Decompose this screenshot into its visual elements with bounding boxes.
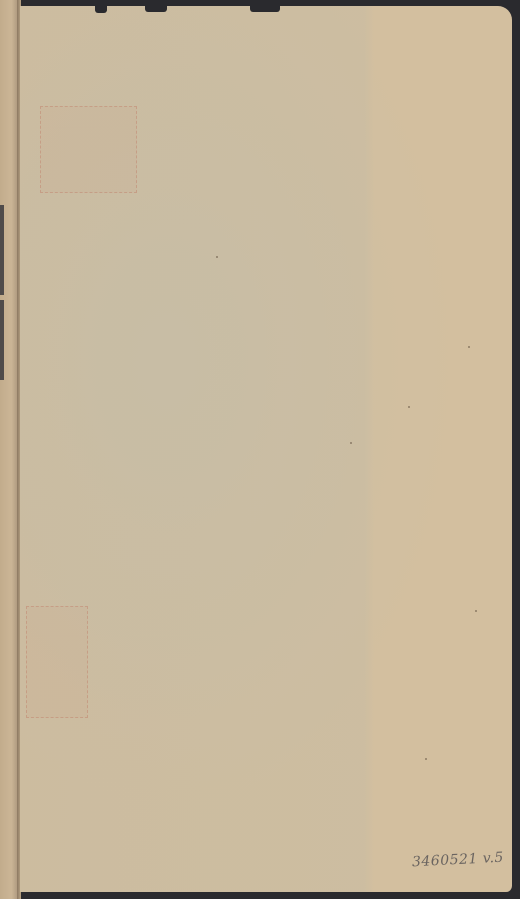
torn-edge xyxy=(145,6,167,12)
paper-speck xyxy=(216,256,218,258)
paper-speck xyxy=(475,610,477,612)
adjacent-page-text-fragment xyxy=(0,205,4,295)
paper-speck xyxy=(350,442,352,444)
book-page xyxy=(20,6,512,892)
faint-stamp-bleedthrough xyxy=(26,606,88,718)
paper-speck xyxy=(468,346,470,348)
torn-edge xyxy=(250,6,280,12)
paper-speck xyxy=(408,406,410,408)
torn-edge xyxy=(95,6,107,13)
adjacent-page-text-fragment xyxy=(0,300,4,380)
faint-stamp-bleedthrough xyxy=(40,106,137,193)
paper-speck xyxy=(425,758,427,760)
